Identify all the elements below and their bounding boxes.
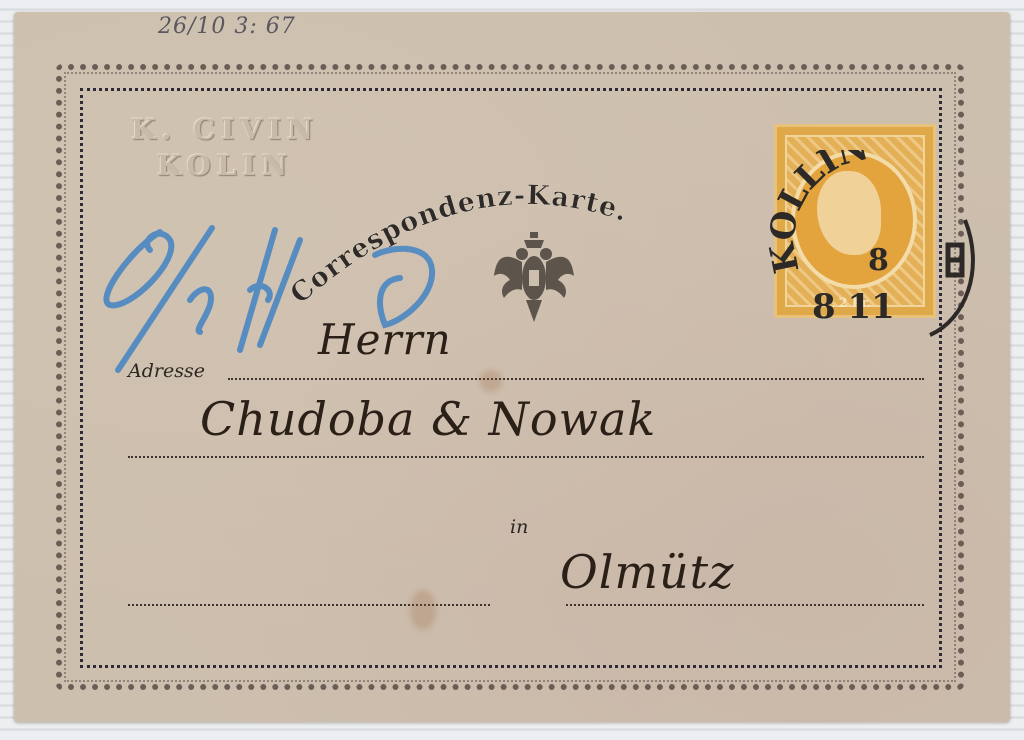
- postmark-town: KOLLIN: [762, 150, 872, 277]
- ink-stain: [480, 370, 502, 392]
- address-line-2: [128, 456, 924, 458]
- address-line-city: [566, 604, 924, 606]
- svg-text:KOLLIN: KOLLIN: [762, 150, 872, 277]
- double-headed-eagle-icon: [492, 232, 576, 324]
- salutation-handwriting: Herrn: [318, 315, 452, 364]
- address-line-1: [228, 378, 924, 380]
- postmark: KOLLIN 8 8 11: [760, 150, 1000, 350]
- sender-embossed-stamp: K. CIVIN KOLIN: [120, 112, 330, 184]
- in-label: in: [510, 516, 528, 538]
- sender-name: K. CIVIN: [120, 112, 330, 148]
- postmark-date-line: 8 11: [812, 287, 895, 327]
- ink-stain: [410, 590, 436, 630]
- postmark-day: 8: [868, 243, 889, 278]
- sender-town: KOLIN: [120, 148, 330, 184]
- recipient-handwriting: Chudoba & Nowak: [200, 392, 656, 446]
- pencil-note: 26/10 3: 67: [158, 14, 296, 39]
- city-handwriting: Olmütz: [560, 545, 734, 599]
- address-label: Adresse: [128, 360, 205, 382]
